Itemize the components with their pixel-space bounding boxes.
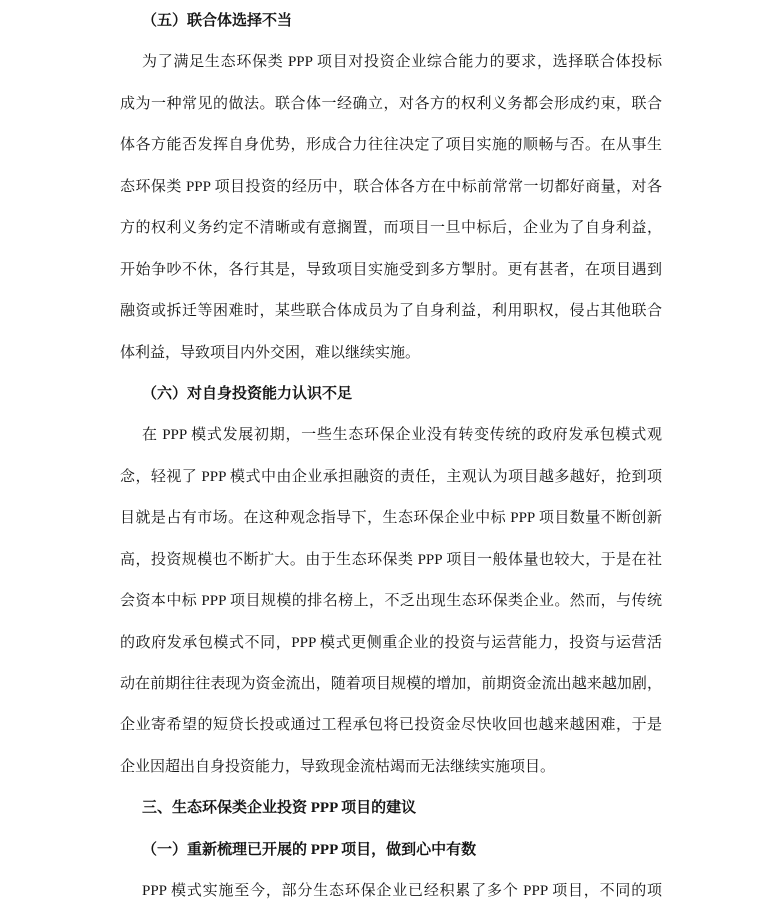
text-line: 目就是占有市场。在这种观念指导下，生态环保企业中标 PPP 项目数量不断创新 (120, 498, 662, 539)
text-line: 成为一种常见的做法。联合体一经确立，对各方的权利义务都会形成约束，联合 (120, 84, 662, 125)
text-line: 企业因超出自身投资能力，导致现金流枯竭而无法继续实施项目。 (120, 747, 662, 788)
text-line: 体各方能否发挥自身优势，形成合力往往决定了项目实施的顺畅与否。在从事生 (120, 125, 662, 166)
section-heading: （五）联合体选择不当 (120, 1, 662, 42)
text-line: PPP 模式实施至今，部分生态环保企业已经积累了多个 PPP 项目，不同的项 (120, 871, 662, 912)
text-line: 体利益，导致项目内外交困，难以继续实施。 (120, 333, 662, 374)
text-line: 念，轻视了 PPP 模式中由企业承担融资的责任，主观认为项目越多越好，抢到项 (120, 457, 662, 498)
text-line: 方的权利义务约定不清晰或有意搁置，而项目一旦中标后，企业为了自身利益， (120, 208, 662, 249)
text-line: 在 PPP 模式发展初期，一些生态环保企业没有转变传统的政府发承包模式观 (120, 415, 662, 456)
text-line: 的政府发承包模式不同，PPP 模式更侧重企业的投资与运营能力，投资与运营活 (120, 623, 662, 664)
text-line: 动在前期往往表现为资金流出，随着项目规模的增加，前期资金流出越来越加剧， (120, 664, 662, 705)
section-heading: （一）重新梳理已开展的 PPP 项目，做到心中有数 (120, 830, 662, 871)
document-page: （五）联合体选择不当为了满足生态环保类 PPP 项目对投资企业综合能力的要求，选… (0, 0, 780, 913)
text-line: 企业寄希望的短贷长投或通过工程承包将已投资金尽快收回也越来越困难，于是 (120, 705, 662, 746)
text-line: 会资本中标 PPP 项目规模的排名榜上，不乏出现生态环保类企业。然而，与传统 (120, 581, 662, 622)
section-heading: 三、生态环保类企业投资 PPP 项目的建议 (120, 788, 662, 829)
text-line: 态环保类 PPP 项目投资的经历中，联合体各方在中标前常常一切都好商量，对各 (120, 167, 662, 208)
text-line: 开始争吵不休，各行其是，导致项目实施受到多方掣肘。更有甚者，在项目遇到 (120, 250, 662, 291)
text-line: 融资或拆迁等困难时，某些联合体成员为了自身利益，利用职权，侵占其他联合 (120, 291, 662, 332)
section-heading: （六）对自身投资能力认识不足 (120, 374, 662, 415)
text-line: 高，投资规模也不断扩大。由于生态环保类 PPP 项目一般体量也较大，于是在社 (120, 540, 662, 581)
document-content: （五）联合体选择不当为了满足生态环保类 PPP 项目对投资企业综合能力的要求，选… (120, 1, 662, 913)
text-line: 为了满足生态环保类 PPP 项目对投资企业综合能力的要求，选择联合体投标 (120, 42, 662, 83)
